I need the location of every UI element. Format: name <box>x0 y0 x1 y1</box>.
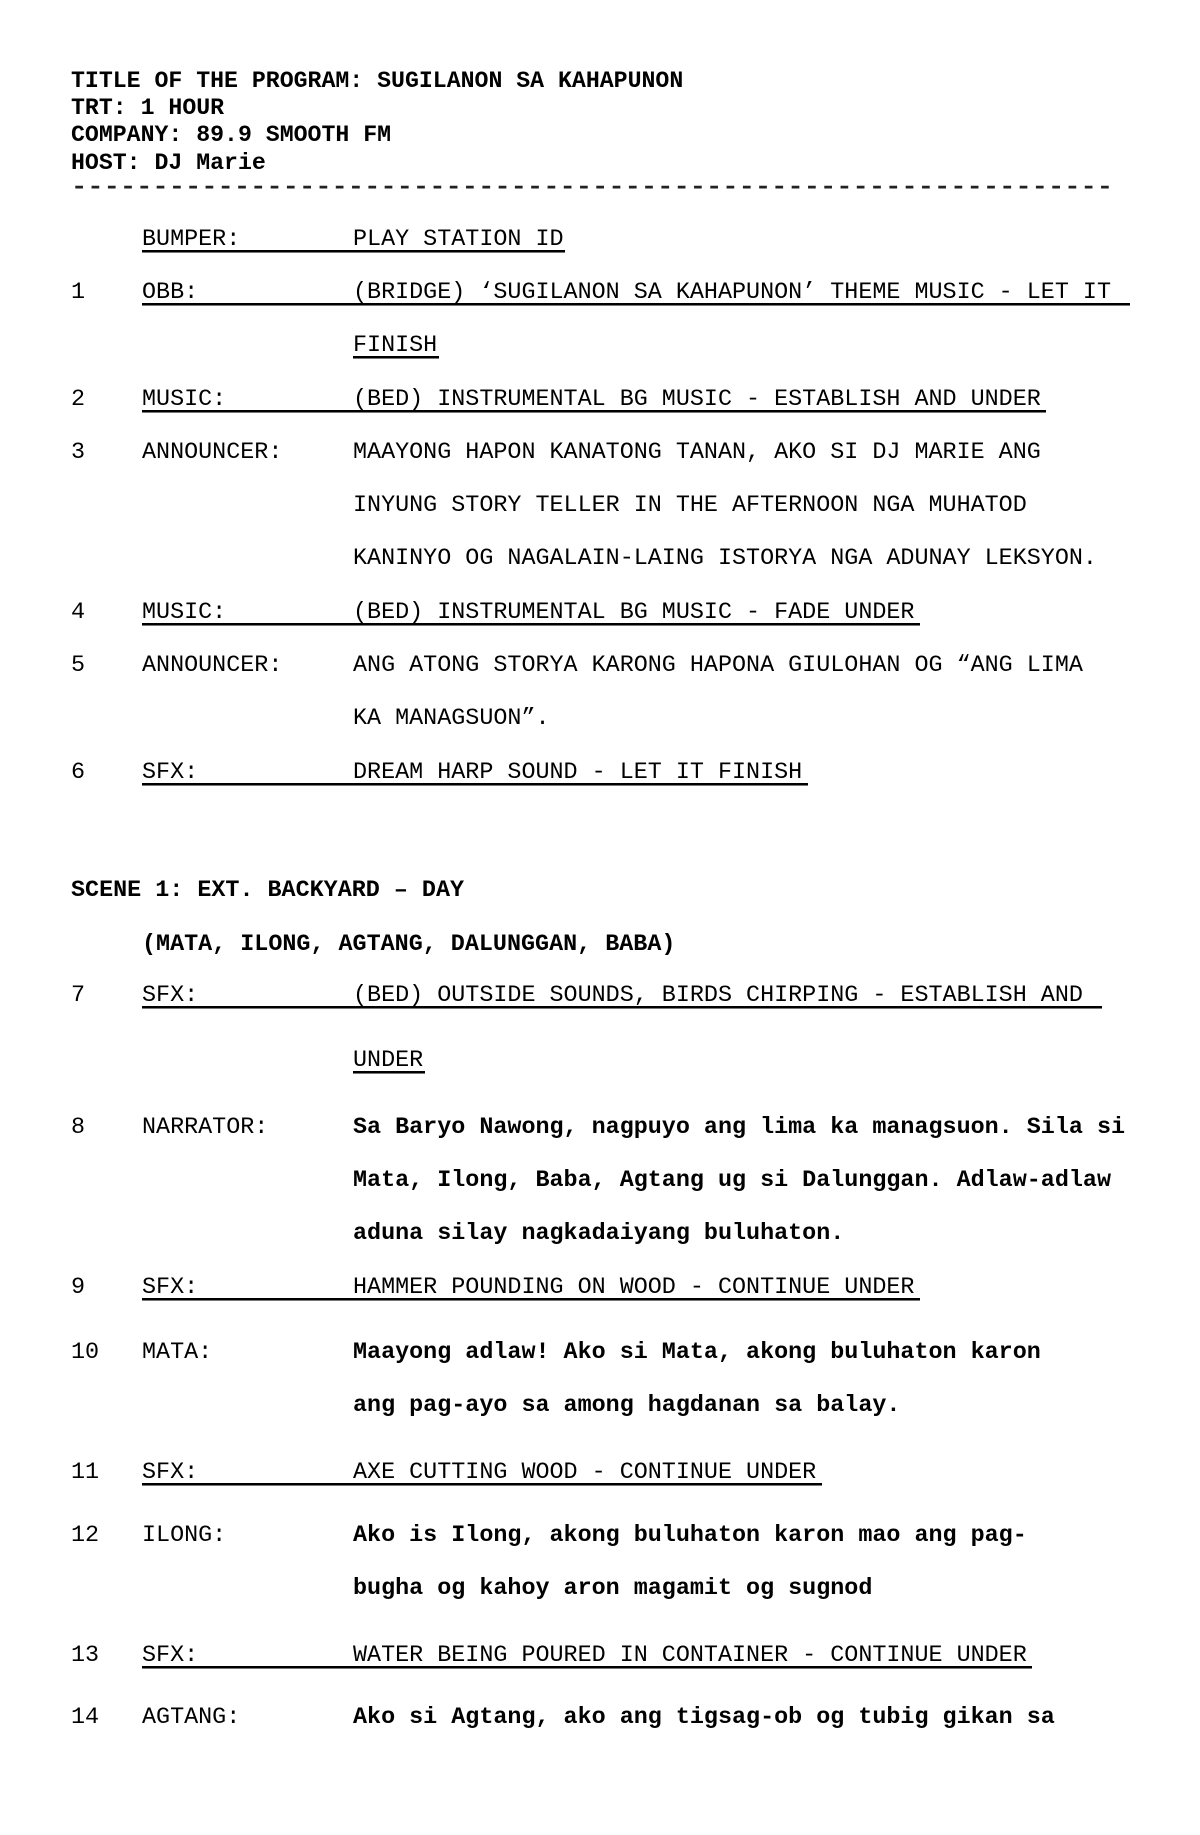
cue-number: 12 <box>71 1522 99 1550</box>
dialogue-text: Maayong adlaw! Ako si Mata, akong buluha… <box>353 1339 1041 1367</box>
company-line: COMPANY: 89.9 SMOOTH FM <box>71 121 391 149</box>
cue-underline <box>142 783 808 785</box>
cue-underline <box>353 1071 425 1073</box>
cue-label: ANNOUNCER: <box>142 652 282 680</box>
cue-underline <box>142 1483 822 1485</box>
cue-number: 10 <box>71 1339 99 1367</box>
cue-number: 13 <box>71 1642 99 1670</box>
dialogue-text: aduna silay nagkadaiyang buluhaton. <box>353 1220 844 1248</box>
cue-label: MATA: <box>142 1339 212 1367</box>
cue-underline <box>142 1006 1102 1008</box>
cue-number: 9 <box>71 1274 85 1302</box>
cue-text: MAAYONG HAPON KANATONG TANAN, AKO SI DJ … <box>353 439 1041 467</box>
script-page: TITLE OF THE PROGRAM: SUGILANON SA KAHAP… <box>0 0 1200 1835</box>
cue-text: INYUNG STORY TELLER IN THE AFTERNOON NGA… <box>353 492 1027 520</box>
cue-label: ANNOUNCER: <box>142 439 282 467</box>
cue-text: KA MANAGSUON”. <box>353 705 550 733</box>
cue-text: ANG ATONG STORYA KARONG HAPONA GIULOHAN … <box>353 652 1083 680</box>
program-title: TITLE OF THE PROGRAM: SUGILANON SA KAHAP… <box>71 67 683 95</box>
cue-number: 7 <box>71 982 85 1010</box>
host-line: HOST: DJ Marie <box>71 149 266 177</box>
scene-heading: SCENE 1: EXT. BACKYARD – DAY <box>71 877 464 905</box>
dialogue-text: Ako is Ilong, akong buluhaton karon mao … <box>353 1522 1027 1550</box>
cue-number: 2 <box>71 386 85 414</box>
dialogue-text: Sa Baryo Nawong, nagpuyo ang lima ka man… <box>353 1114 1125 1142</box>
cue-number: 3 <box>71 439 85 467</box>
cue-underline <box>353 356 439 358</box>
cue-underline <box>142 410 1046 412</box>
separator-line: ----------------------------------------… <box>71 174 1113 202</box>
dialogue-text: Ako si Agtang, ako ang tigsag-ob og tubi… <box>353 1704 1055 1732</box>
cue-label: ILONG: <box>142 1522 226 1550</box>
trt-line: TRT: 1 HOUR <box>71 94 224 122</box>
cue-text: KANINYO OG NAGALAIN-LAING ISTORYA NGA AD… <box>353 545 1097 573</box>
bumper-underline <box>142 250 565 252</box>
cue-number: 4 <box>71 599 85 627</box>
cue-underline <box>142 303 1130 305</box>
cue-number: 1 <box>71 279 85 307</box>
cue-underline <box>142 1298 920 1300</box>
dialogue-text: ang pag-ayo sa among hagdanan sa balay. <box>353 1392 900 1420</box>
dialogue-text: bugha og kahoy aron magamit og sugnod <box>353 1575 872 1603</box>
cue-number: 6 <box>71 759 85 787</box>
cue-label: NARRATOR: <box>142 1114 268 1142</box>
scene-cast: (MATA, ILONG, AGTANG, DALUNGGAN, BABA) <box>142 931 675 959</box>
cue-number: 5 <box>71 652 85 680</box>
cue-number: 14 <box>71 1704 99 1732</box>
cue-number: 11 <box>71 1459 99 1487</box>
cue-number: 8 <box>71 1114 85 1142</box>
cue-underline <box>142 623 920 625</box>
cue-label: AGTANG: <box>142 1704 240 1732</box>
dialogue-text: Mata, Ilong, Baba, Agtang ug si Dalungga… <box>353 1167 1111 1195</box>
cue-underline <box>142 1666 1032 1668</box>
